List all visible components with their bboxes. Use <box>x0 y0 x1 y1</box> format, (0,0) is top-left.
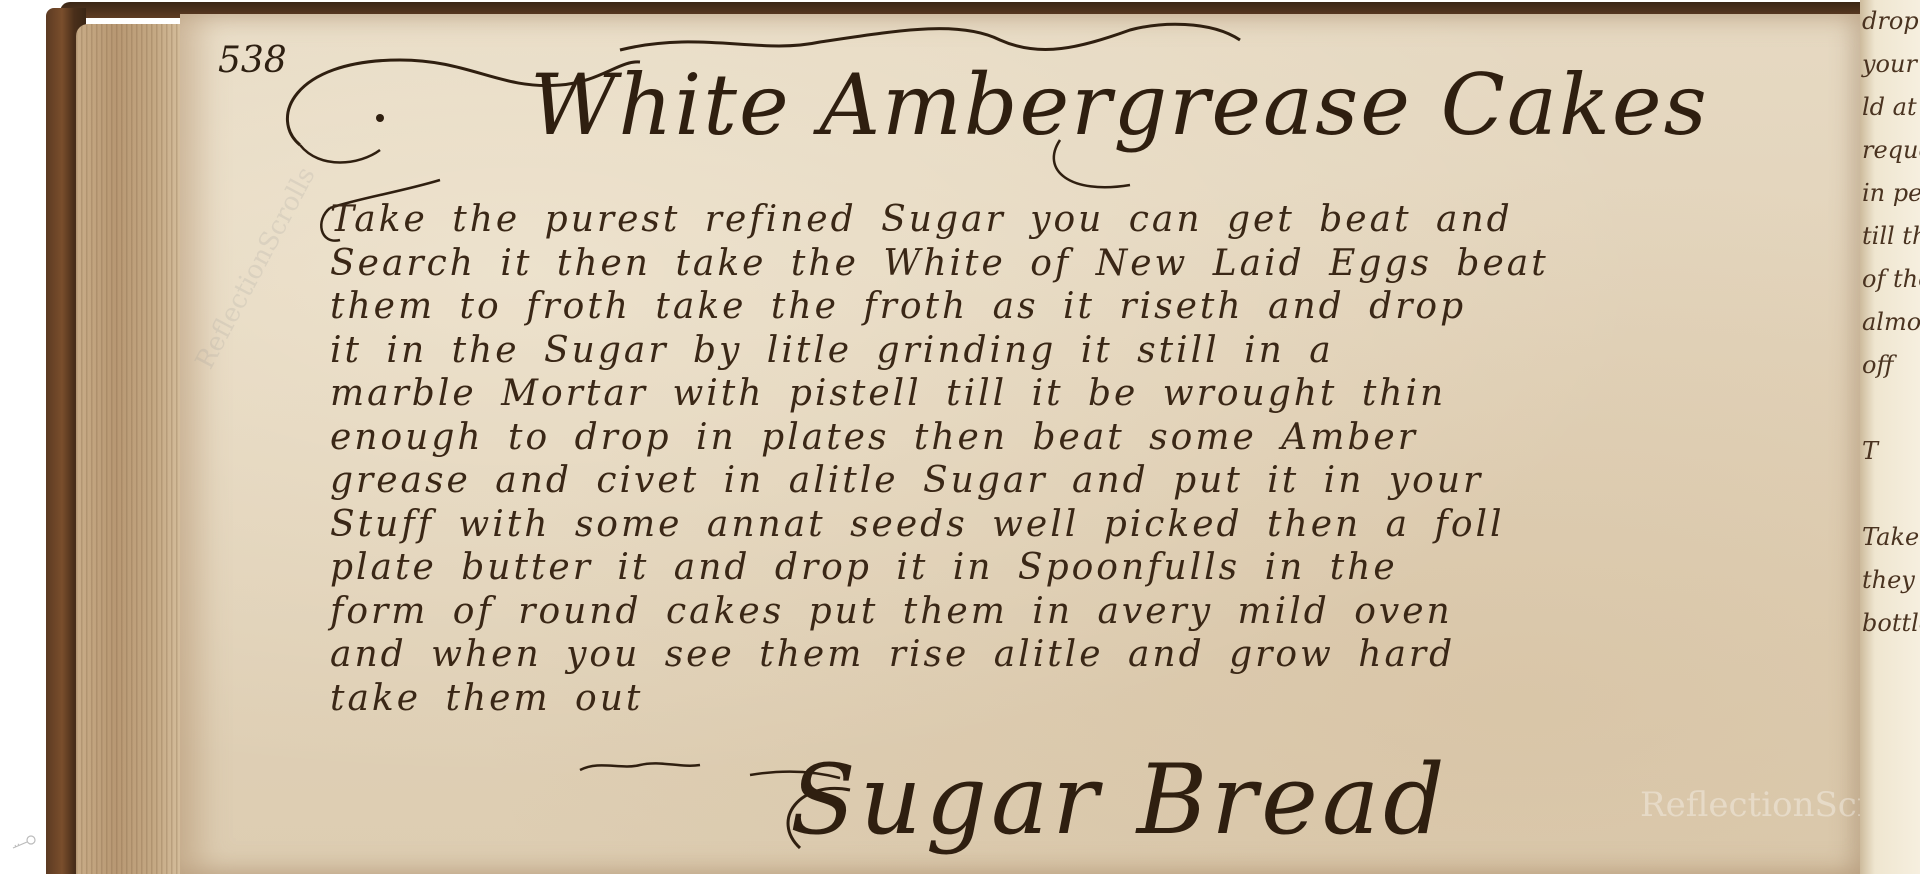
recipe-line: plate butter it and drop it in Spoonfull… <box>330 546 1810 590</box>
recipe-line: and when you see them rise alitle and gr… <box>330 633 1810 677</box>
facing-page-line: ld at <box>1862 86 1920 129</box>
facing-page-line: drop wi <box>1862 0 1920 43</box>
facing-page-edge: drop wi your co ld at requentl in pers t… <box>1860 0 1920 874</box>
recipe-line: take them out <box>330 677 1810 721</box>
recipe-title: White Ambergrease Cakes <box>530 50 1790 160</box>
facing-page-line <box>1862 473 1920 516</box>
facing-page-line: they <box>1862 559 1920 602</box>
next-recipe-title: Sugar Bread <box>790 745 1449 855</box>
facing-page-line: almoh <box>1862 301 1920 344</box>
facing-page-line: Take <box>1862 516 1920 559</box>
recipe-line: them to froth take the froth as it riset… <box>330 285 1810 329</box>
facing-page-line: requentl <box>1862 129 1920 172</box>
recipe-line: enough to drop in plates then beat some … <box>330 416 1810 460</box>
facing-page-line: your co <box>1862 43 1920 86</box>
facing-page-line: of the <box>1862 258 1920 301</box>
recipe-line: Search it then take the White of New Lai… <box>330 242 1810 286</box>
recipe-line: form of round cakes put them in avery mi… <box>330 590 1810 634</box>
recipe-line: Stuff with some annat seeds well picked … <box>330 503 1810 547</box>
facing-page-line: off <box>1862 344 1920 387</box>
key-icon <box>10 835 36 849</box>
facing-page-line: in pers <box>1862 172 1920 215</box>
facing-page-line: T <box>1862 430 1920 473</box>
facing-page-line: till the <box>1862 215 1920 258</box>
recipe-line: marble Mortar with pistell till it be wr… <box>330 372 1810 416</box>
recipe-line: grease and civet in alitle Sugar and put… <box>330 459 1810 503</box>
page-edges <box>76 24 188 874</box>
recipe-line: it in the Sugar by litle grinding it sti… <box>330 329 1810 373</box>
facing-page-line: bottle <box>1862 602 1920 645</box>
facing-page-line <box>1862 387 1920 430</box>
page-number: 538 <box>218 40 287 81</box>
book-scan: ReflectionScrolls 538 White Ambergrease … <box>0 0 1920 874</box>
recipe-body: Take the purest refined Sugar you can ge… <box>330 198 1810 720</box>
recipe-line: Take the purest refined Sugar you can ge… <box>330 198 1810 242</box>
